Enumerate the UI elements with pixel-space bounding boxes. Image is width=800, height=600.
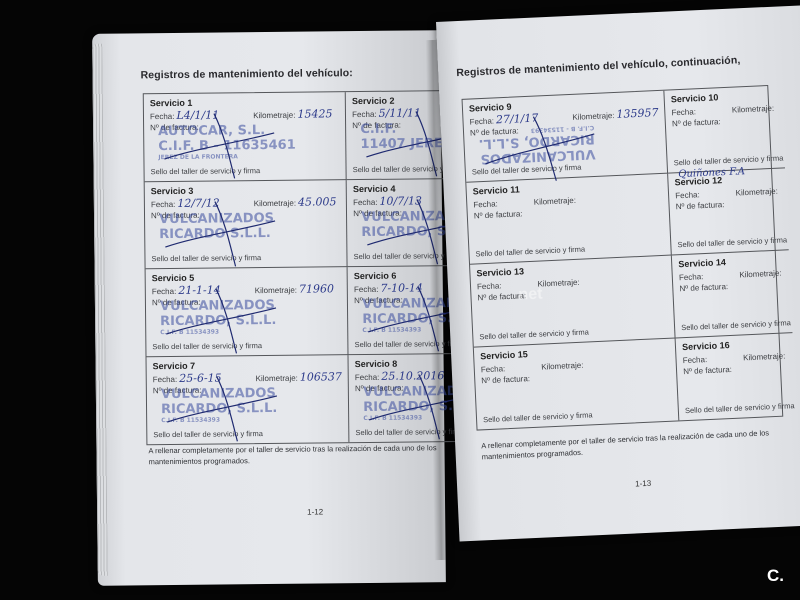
service-record-cell: Servicio 11Fecha:Kilometraje:Nº de factu… bbox=[466, 173, 672, 265]
handwritten-date bbox=[698, 104, 699, 117]
fecha-label: Fecha: bbox=[152, 287, 177, 296]
handwritten-mileage bbox=[783, 265, 784, 278]
service-title: Servicio 5 bbox=[152, 271, 341, 283]
handwritten-mileage: 135957 bbox=[616, 106, 659, 121]
kilometraje-label: Kilometraje: bbox=[253, 111, 295, 120]
kilometraje-label: Kilometraje: bbox=[254, 198, 296, 207]
service-title: Servicio 7 bbox=[153, 359, 342, 371]
page-number-right: 1-13 bbox=[635, 479, 651, 489]
stamp-line: C.I.F. B 11534393 bbox=[160, 328, 276, 336]
seal-signature-label: Sello del taller de servicio y firma bbox=[151, 166, 261, 176]
fecha-label: Fecha: bbox=[354, 285, 379, 294]
stamp-line: C.I.F. B - 11635461 bbox=[158, 138, 296, 154]
handwritten-date bbox=[507, 361, 508, 374]
handwritten-mileage: 71960 bbox=[299, 282, 334, 295]
service-records-grid-left: Servicio 1Fecha:L4/1/11Kilometraje:15425… bbox=[143, 90, 459, 445]
fecha-label: Fecha: bbox=[153, 374, 178, 383]
left-page: Registros de mantenimiento del vehículo:… bbox=[92, 30, 446, 586]
right-page: Registros de mantenimiento del vehículo,… bbox=[436, 5, 800, 541]
fecha-label: Fecha: bbox=[671, 107, 696, 117]
seal-signature-label: Sello del taller de servicio y firma bbox=[681, 318, 791, 332]
service-record-cell: Servicio 7Fecha:25-6-15Kilometraje:10653… bbox=[147, 355, 350, 445]
seal-signature-label: Sello del taller de servicio y firma bbox=[685, 401, 795, 415]
right-footnote: A rellenar completamente por el taller d… bbox=[481, 427, 787, 463]
kilometraje-label: Kilometraje: bbox=[732, 104, 775, 115]
handwritten-date: 7-10-14 bbox=[380, 281, 423, 294]
kilometraje-label: Kilometraje: bbox=[572, 111, 615, 122]
kilometraje-label: Kilometraje: bbox=[743, 351, 786, 362]
page-stack-edge bbox=[92, 44, 108, 576]
left-page-heading: Registros de mantenimiento del vehículo: bbox=[140, 67, 352, 81]
fecha-label: Fecha: bbox=[675, 190, 700, 200]
fecha-label: Fecha: bbox=[481, 364, 506, 374]
handwritten-date bbox=[503, 278, 504, 291]
page-number-left: 1-12 bbox=[307, 507, 323, 516]
fecha-label: Fecha: bbox=[683, 355, 708, 365]
kilometraje-label: Kilometraje: bbox=[255, 286, 297, 295]
fecha-label: Fecha: bbox=[473, 199, 498, 209]
kilometraje-label: Kilometraje: bbox=[541, 360, 584, 371]
seal-signature-label: Sello del taller de servicio y firma bbox=[354, 338, 464, 348]
handwritten-date: 12/7/12 bbox=[177, 196, 220, 209]
seal-signature-label: Sello del taller de servicio y firma bbox=[475, 244, 585, 258]
fecha-label: Fecha: bbox=[355, 372, 380, 381]
seal-signature-label: Sello del taller de servicio y firma bbox=[152, 341, 262, 351]
factura-label: Nº de factura: bbox=[151, 209, 340, 220]
kilometraje-label: Kilometraje: bbox=[534, 195, 577, 206]
handwritten-date: 21-1-14 bbox=[178, 284, 221, 297]
fecha-label: Fecha: bbox=[469, 116, 494, 126]
service-title: Servicio 3 bbox=[151, 184, 340, 196]
handwritten-date: 27/1/17 bbox=[496, 111, 539, 126]
left-footnote: A rellenar completamente por el taller d… bbox=[148, 442, 458, 467]
kilometraje-label: Kilometraje: bbox=[735, 186, 778, 197]
fecha-label: Fecha: bbox=[353, 197, 378, 206]
factura-label: Nº de factura: bbox=[150, 121, 339, 132]
right-page-heading: Registros de mantenimiento del vehículo,… bbox=[456, 54, 741, 79]
handwritten-date: 25-6-15 bbox=[179, 371, 222, 384]
fecha-label: Fecha: bbox=[679, 272, 704, 282]
service-title: Servicio 1 bbox=[150, 96, 339, 108]
handwritten-mileage bbox=[776, 101, 777, 114]
service-record-cell: Servicio 1Fecha:L4/1/11Kilometraje:15425… bbox=[144, 92, 347, 182]
kilometraje-label: Kilometraje: bbox=[739, 269, 782, 280]
service-record-cell: Servicio 10Fecha:Kilometraje:Nº de factu… bbox=[664, 85, 784, 173]
service-record-cell: Servicio 5Fecha:21-1-14Kilometraje:71960… bbox=[146, 267, 349, 357]
fecha-label: Fecha: bbox=[352, 110, 377, 119]
seal-signature-label: Sello del taller de servicio y firma bbox=[677, 235, 787, 249]
corner-logo: C. bbox=[767, 566, 784, 586]
stamp-line: C.I.F. B 11534393 bbox=[161, 415, 277, 423]
handwritten-date bbox=[701, 187, 702, 200]
factura-label: Nº de factura: bbox=[153, 384, 342, 395]
seal-signature-label: Sello del taller de servicio y firma bbox=[483, 410, 593, 424]
service-records-grid-right: Servicio 9Fecha:27/1/17Kilometraje:13595… bbox=[462, 85, 784, 431]
service-record-cell: Servicio 15Fecha:Kilometraje:Nº de factu… bbox=[474, 338, 680, 430]
service-record-cell: Servicio 14Fecha:Kilometraje:Nº de factu… bbox=[672, 250, 792, 338]
handwritten-mileage bbox=[787, 348, 788, 361]
service-record-cell: Servicio 9Fecha:27/1/17Kilometraje:13595… bbox=[463, 91, 669, 183]
handwritten-date bbox=[705, 269, 706, 282]
seal-signature-label: Sello del taller de servicio y firma bbox=[151, 253, 261, 263]
kilometraje-label: Kilometraje: bbox=[256, 373, 298, 382]
service-record-cell: Servicio 16Fecha:Kilometraje:Nº de factu… bbox=[676, 333, 796, 421]
service-record-cell: Servicio 3Fecha:12/7/12Kilometraje:45.00… bbox=[145, 180, 348, 270]
stamp-line: RICARDO, S.L.L. bbox=[160, 313, 276, 329]
handwritten-mileage bbox=[578, 192, 579, 205]
handwritten-mileage: 106537 bbox=[300, 370, 342, 383]
handwritten-date: 10/7/13 bbox=[379, 194, 422, 207]
seal-signature-label: Sello del taller de servicio y firma bbox=[355, 427, 465, 437]
watermark-text: net bbox=[518, 285, 543, 304]
stamp-line: RICARDO S.L.L. bbox=[159, 225, 274, 241]
service-record-cell: Servicio 12Fecha:Kilometraje:Nº de factu… bbox=[668, 168, 788, 256]
seal-signature-label: Sello del taller de servicio y firma bbox=[674, 153, 784, 167]
seal-signature-label: Sello del taller de servicio y firma bbox=[472, 162, 582, 176]
handwritten-date: L4/1/11 bbox=[176, 109, 219, 122]
handwritten-date bbox=[499, 196, 500, 209]
handwritten-date bbox=[709, 351, 710, 364]
service-record-cell: Servicio 13Fecha:Kilometraje:Nº de factu… bbox=[470, 256, 676, 348]
factura-label: Nº de factura: bbox=[152, 296, 341, 307]
handwritten-mileage bbox=[780, 183, 781, 196]
seal-signature-label: Sello del taller de servicio y firma bbox=[479, 327, 589, 341]
handwritten-mileage bbox=[585, 357, 586, 370]
seal-signature-label: Sello del taller de servicio y firma bbox=[153, 429, 263, 439]
fecha-label: Fecha: bbox=[150, 112, 175, 121]
stamp-line: JEREZ DE LA FRONTERA bbox=[158, 153, 295, 161]
stamp-line: RICARDO, S.L.L. bbox=[161, 400, 277, 416]
kilometraje-label: Kilometraje: bbox=[537, 278, 580, 289]
handwritten-date: 5/11/11 bbox=[379, 106, 422, 119]
handwritten-mileage: 15425 bbox=[297, 107, 332, 120]
fecha-label: Fecha: bbox=[151, 199, 176, 208]
handwritten-mileage: 45.005 bbox=[298, 195, 337, 208]
handwritten-mileage bbox=[581, 275, 582, 288]
fecha-label: Fecha: bbox=[477, 281, 502, 291]
